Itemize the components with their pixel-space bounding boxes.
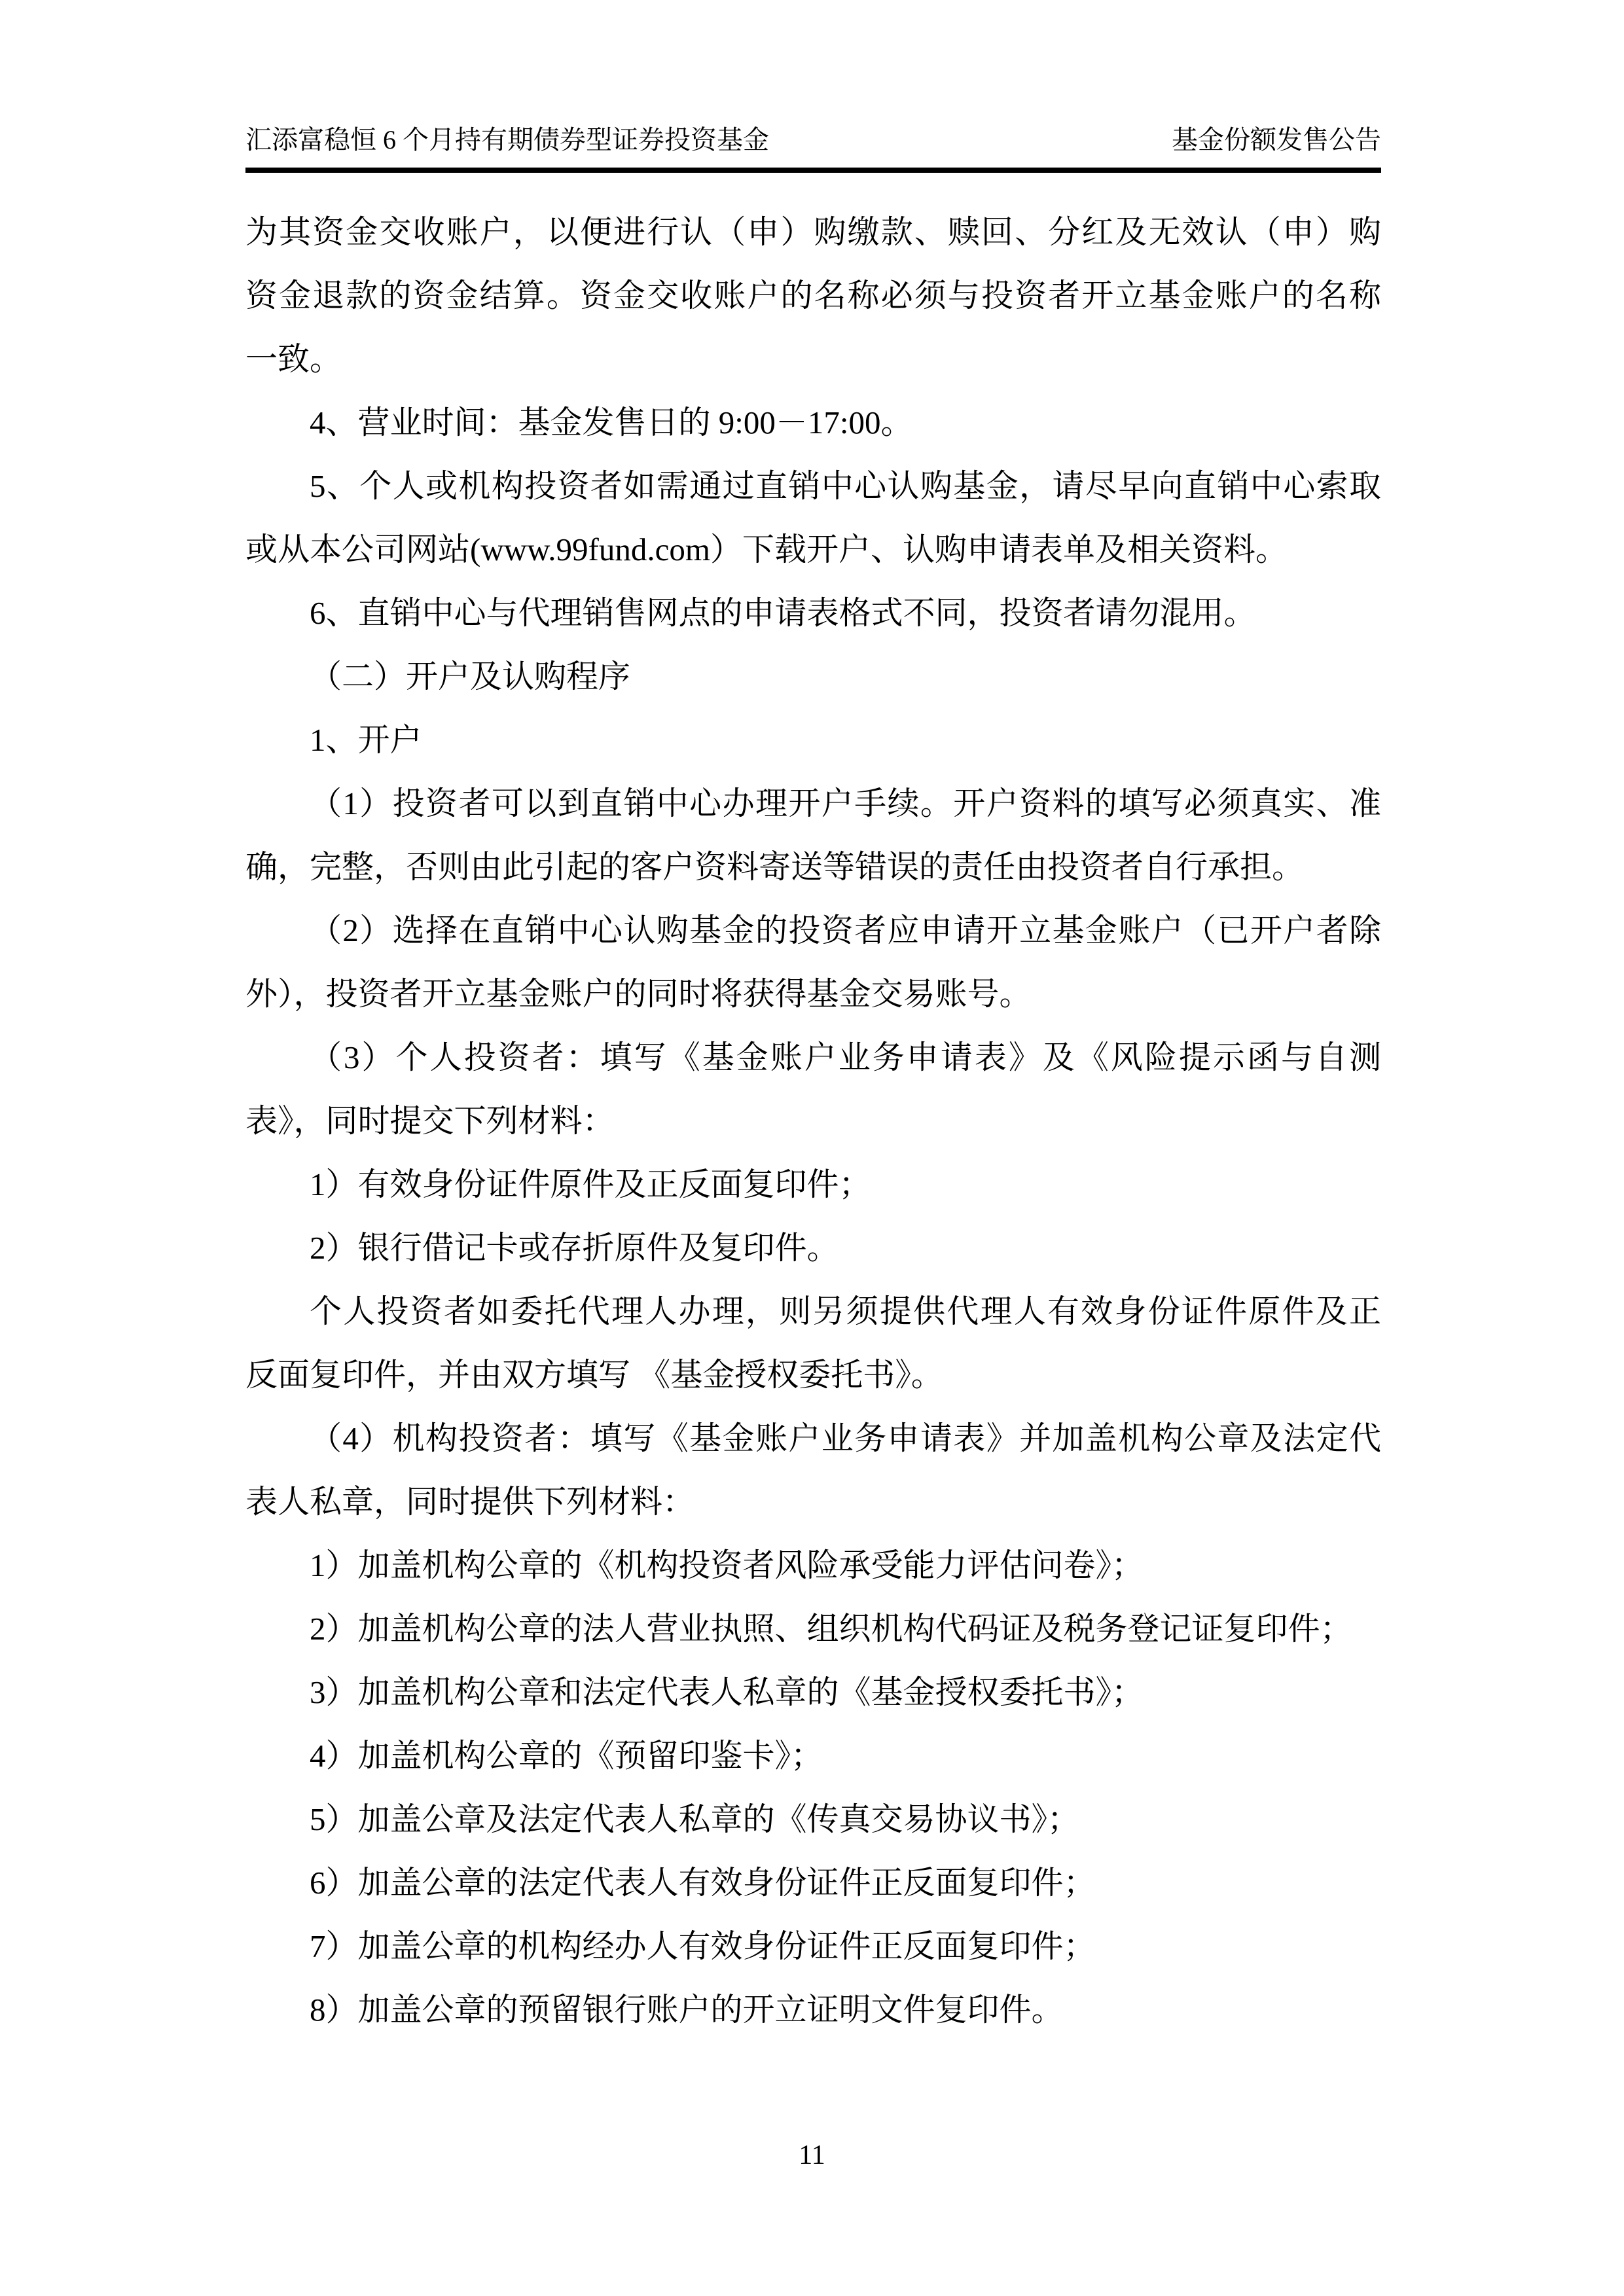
body-line: （4）机构投资者：填写《基金账户业务申请表》并加盖机构公章及法定代	[245, 1407, 1381, 1470]
body-line: 个人投资者如委托代理人办理，则另须提供代理人有效身份证件原件及正	[245, 1280, 1381, 1343]
body-line: 6）加盖公章的法定代表人有效身份证件正反面复印件；	[245, 1851, 1381, 1914]
body-line: 外），投资者开立基金账户的同时将获得基金交易账号。	[245, 962, 1381, 1026]
body-line: 一致。	[245, 327, 1381, 391]
body-line: 表》，同时提交下列材料：	[245, 1089, 1381, 1153]
body-line: 4、营业时间：基金发售日的 9:00－17:00。	[245, 391, 1381, 454]
body-line: 7）加盖公章的机构经办人有效身份证件正反面复印件；	[245, 1914, 1381, 1978]
body-line: （1）投资者可以到直销中心办理开户手续。开户资料的填写必须真实、准	[245, 772, 1381, 835]
body-line: 2）银行借记卡或存折原件及复印件。	[245, 1216, 1381, 1280]
page-number: 11	[799, 2140, 825, 2170]
page-header: 汇添富稳恒 6 个月持有期债券型证券投资基金 基金份额发售公告	[245, 123, 1381, 173]
body-line: 反面复印件，并由双方填写 《基金授权委托书》。	[245, 1343, 1381, 1407]
body-line: 确，完整，否则由此引起的客户资料寄送等错误的责任由投资者自行承担。	[245, 835, 1381, 899]
header-document-type: 基金份额发售公告	[1172, 123, 1381, 157]
body-line: 6、直销中心与代理销售网点的申请表格式不同，投资者请勿混用。	[245, 581, 1381, 645]
body-line: 3）加盖机构公章和法定代表人私章的《基金授权委托书》；	[245, 1660, 1381, 1724]
body-line: （2）选择在直销中心认购基金的投资者应申请开立基金账户（已开户者除	[245, 899, 1381, 962]
body-line: 为其资金交收账户，以便进行认（申）购缴款、赎回、分红及无效认（申）购	[245, 200, 1381, 264]
document-page: 汇添富稳恒 6 个月持有期债券型证券投资基金 基金份额发售公告 为其资金交收账户…	[0, 0, 1624, 2296]
body-line: 1）有效身份证件原件及正反面复印件；	[245, 1153, 1381, 1216]
body-line: 表人私章，同时提供下列材料：	[245, 1470, 1381, 1534]
body-line: 4）加盖机构公章的《预留印鉴卡》；	[245, 1724, 1381, 1787]
body-line: 5、个人或机构投资者如需通过直销中心认购基金，请尽早向直销中心索取	[245, 454, 1381, 518]
body-line: 2）加盖机构公章的法人营业执照、组织机构代码证及税务登记证复印件；	[245, 1597, 1381, 1660]
body-line: 资金退款的资金结算。资金交收账户的名称必须与投资者开立基金账户的名称	[245, 264, 1381, 327]
body-line: 5）加盖公章及法定代表人私章的《传真交易协议书》；	[245, 1787, 1381, 1851]
header-fund-name: 汇添富稳恒 6 个月持有期债券型证券投资基金	[245, 123, 769, 157]
page-footer: 11	[0, 2140, 1624, 2170]
document-body: 为其资金交收账户，以便进行认（申）购缴款、赎回、分红及无效认（申）购 资金退款的…	[245, 200, 1381, 2041]
body-line: （3）个人投资者：填写《基金账户业务申请表》及《风险提示函与自测	[245, 1026, 1381, 1089]
body-line: 1、开户	[245, 708, 1381, 772]
body-line: （二）开户及认购程序	[245, 645, 1381, 708]
body-line: 或从本公司网站(www.99fund.com）下载开户、认购申请表单及相关资料。	[245, 518, 1381, 581]
body-line: 1）加盖机构公章的《机构投资者风险承受能力评估问卷》；	[245, 1534, 1381, 1597]
body-line: 8）加盖公章的预留银行账户的开立证明文件复印件。	[245, 1978, 1381, 2041]
